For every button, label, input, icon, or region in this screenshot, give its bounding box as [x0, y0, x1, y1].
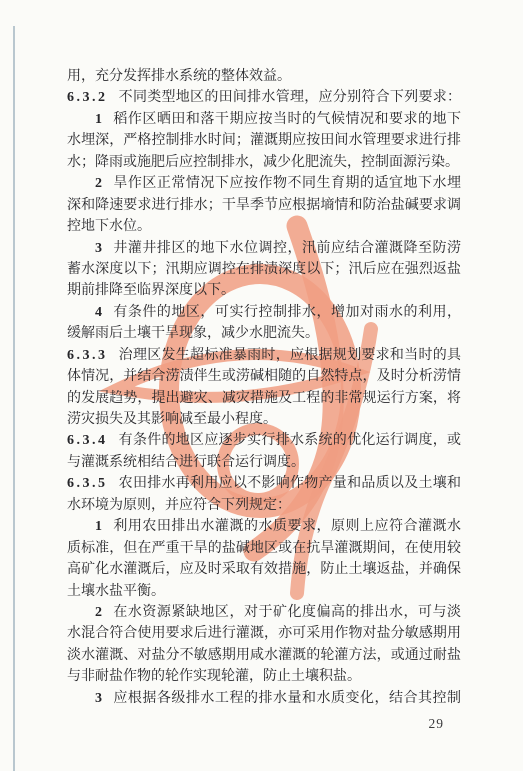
line-text: 蓄水深度以下；汛期应调控在排渍深度以下；汛后应在强烈返盐	[67, 262, 461, 277]
line-text: 水埋深，严格控制排水时间；灌溉期应按田间水管理要求进行排	[67, 133, 461, 148]
line-text: 期前排降至临界深度以下。	[67, 283, 235, 298]
line-text: 高矿化水灌溉后，应及时采取有效措施，防止土壤返盐，并确保	[67, 562, 461, 577]
text-line: 控地下水位。	[67, 216, 461, 237]
line-text: 稻作区晒田和落干期应按当时的气候情况和要求的地下	[113, 112, 461, 127]
text-line: 期前排降至临界深度以下。	[67, 280, 461, 301]
text-line: 水混合符合使用要求后进行灌溉，亦可采用作物对盐分敏感期用	[67, 623, 461, 644]
text-line: 深和降速要求进行排水；干旱季节应根据墒情和防治盐碱要求调	[67, 195, 461, 216]
line-text: 治理区发生超标准暴雨时，应根据规划要求和当时的具	[118, 348, 461, 363]
line-text: 水混合符合使用要求后进行灌溉，亦可采用作物对盐分敏感期用	[67, 626, 461, 641]
text-line: 土壤水盐平衡。	[67, 581, 461, 602]
text-line: 6.3.3治理区发生超标准暴雨时，应根据规划要求和当时的具	[67, 345, 461, 366]
item-number: 1	[95, 519, 102, 534]
text-line: 质标准，但在严重干旱的盐碱地区或在抗旱灌溉期间，在使用较	[67, 538, 461, 559]
line-text: 旱作区正常情况下应按作物不同生育期的适宜地下水埋	[113, 176, 461, 191]
text-line: 的发展趋势，提出避灾、减灾措施及工程的非常规运行方案，将	[67, 388, 461, 409]
text-line: 3井灌井排区的地下水位调控，汛前应结合灌溉降至防涝	[67, 238, 461, 259]
line-text: 有条件的地区，可实行控制排水，增加对雨水的利用，	[113, 305, 461, 320]
text-line: 淡水灌溉、对盐分不敏感期用咸水灌溉的轮灌方法，或通过耐盐	[67, 645, 461, 666]
line-text: 不同类型地区的田间排水管理，应分别符合下列要求：	[118, 90, 461, 105]
item-number: 2	[95, 176, 102, 191]
page-number: 29	[429, 716, 445, 732]
line-text: 体情况，并结合涝渍伴生或涝碱相随的自然特点，及时分析涝情	[67, 369, 461, 384]
line-text: 水；降雨或施肥后应控制排水，减少化肥流失，控制面源污染。	[67, 155, 459, 170]
text-line: 水环境为原则，并应符合下列规定：	[67, 495, 461, 516]
item-number: 3	[95, 241, 102, 256]
line-text: 农田排水再利用应以不影响作物产量和品质以及土壤和	[118, 476, 461, 491]
line-text: 在水资源紧缺地区，对于矿化度偏高的排出水，可与淡	[113, 605, 461, 620]
text-line: 2旱作区正常情况下应按作物不同生育期的适宜地下水埋	[67, 173, 461, 194]
line-text: 水环境为原则，并应符合下列规定：	[67, 498, 291, 513]
text-line: 蓄水深度以下；汛期应调控在排渍深度以下；汛后应在强烈返盐	[67, 259, 461, 280]
clause-number: 6.3.2	[67, 90, 108, 105]
text-line: 6.3.2不同类型地区的田间排水管理，应分别符合下列要求：	[67, 87, 461, 108]
text-line: 与非耐盐作物的轮作实现轮灌，防止土壤积盐。	[67, 666, 461, 687]
clause-number: 6.3.5	[67, 476, 108, 491]
line-text: 应根据各级排水工程的排水量和水质变化，结合其控制	[113, 691, 461, 706]
text-line: 6.3.5农田排水再利用应以不影响作物产量和品质以及土壤和	[67, 473, 461, 494]
text-line: 6.3.4有条件的地区应逐步实行排水系统的优化运行调度，或	[67, 430, 461, 451]
body-text: 用，充分发挥排水系统的整体效益。6.3.2不同类型地区的田间排水管理，应分别符合…	[67, 66, 461, 709]
text-line: 1利用农田排出水灌溉的水质要求，原则上应符合灌溉水	[67, 516, 461, 537]
text-line: 缓解雨后土壤干旱现象，减少水肥流失。	[67, 323, 461, 344]
line-text: 质标准，但在严重干旱的盐碱地区或在抗旱灌溉期间，在使用较	[67, 541, 461, 556]
text-line: 水埋深，严格控制排水时间；灌溉期应按田间水管理要求进行排	[67, 130, 461, 151]
line-text: 有条件的地区应逐步实行排水系统的优化运行调度，或	[118, 433, 461, 448]
text-line: 涝灾损失及其影响减至最小程度。	[67, 409, 461, 430]
item-number: 4	[95, 305, 102, 320]
line-text: 深和降速要求进行排水；干旱季节应根据墒情和防治盐碱要求调	[67, 198, 461, 213]
item-number: 1	[95, 112, 102, 127]
scan-edge-line	[13, 26, 15, 771]
text-line: 高矿化水灌溉后，应及时采取有效措施，防止土壤返盐，并确保	[67, 559, 461, 580]
text-line: 3应根据各级排水工程的排水量和水质变化，结合其控制	[67, 688, 461, 709]
item-number: 2	[95, 605, 102, 620]
clause-number: 6.3.3	[67, 348, 108, 363]
line-text: 土壤水盐平衡。	[67, 584, 165, 599]
text-line: 4有条件的地区，可实行控制排水，增加对雨水的利用，	[67, 302, 461, 323]
line-text: 与灌溉系统相结合进行联合运行调度。	[67, 455, 305, 470]
text-line: 2在水资源紧缺地区，对于矿化度偏高的排出水，可与淡	[67, 602, 461, 623]
text-line: 水；降雨或施肥后应控制排水，减少化肥流失，控制面源污染。	[67, 152, 461, 173]
line-text: 淡水灌溉、对盐分不敏感期用咸水灌溉的轮灌方法，或通过耐盐	[67, 648, 461, 663]
line-text: 控地下水位。	[67, 219, 151, 234]
line-text: 利用农田排出水灌溉的水质要求，原则上应符合灌溉水	[113, 519, 461, 534]
text-line: 1稻作区晒田和落干期应按当时的气候情况和要求的地下	[67, 109, 461, 130]
clause-number: 6.3.4	[67, 433, 108, 448]
line-text: 缓解雨后土壤干旱现象，减少水肥流失。	[67, 326, 319, 341]
line-text: 用，充分发挥排水系统的整体效益。	[67, 69, 291, 84]
line-text: 井灌井排区的地下水位调控，汛前应结合灌溉降至防涝	[113, 241, 461, 256]
item-number: 3	[95, 691, 102, 706]
text-line: 用，充分发挥排水系统的整体效益。	[67, 66, 461, 87]
line-text: 的发展趋势，提出避灾、减灾措施及工程的非常规运行方案，将	[67, 391, 461, 406]
line-text: 涝灾损失及其影响减至最小程度。	[67, 412, 277, 427]
line-text: 与非耐盐作物的轮作实现轮灌，防止土壤积盐。	[67, 669, 361, 684]
document-page: 用，充分发挥排水系统的整体效益。6.3.2不同类型地区的田间排水管理，应分别符合…	[0, 0, 523, 771]
text-line: 与灌溉系统相结合进行联合运行调度。	[67, 452, 461, 473]
text-line: 体情况，并结合涝渍伴生或涝碱相随的自然特点，及时分析涝情	[67, 366, 461, 387]
